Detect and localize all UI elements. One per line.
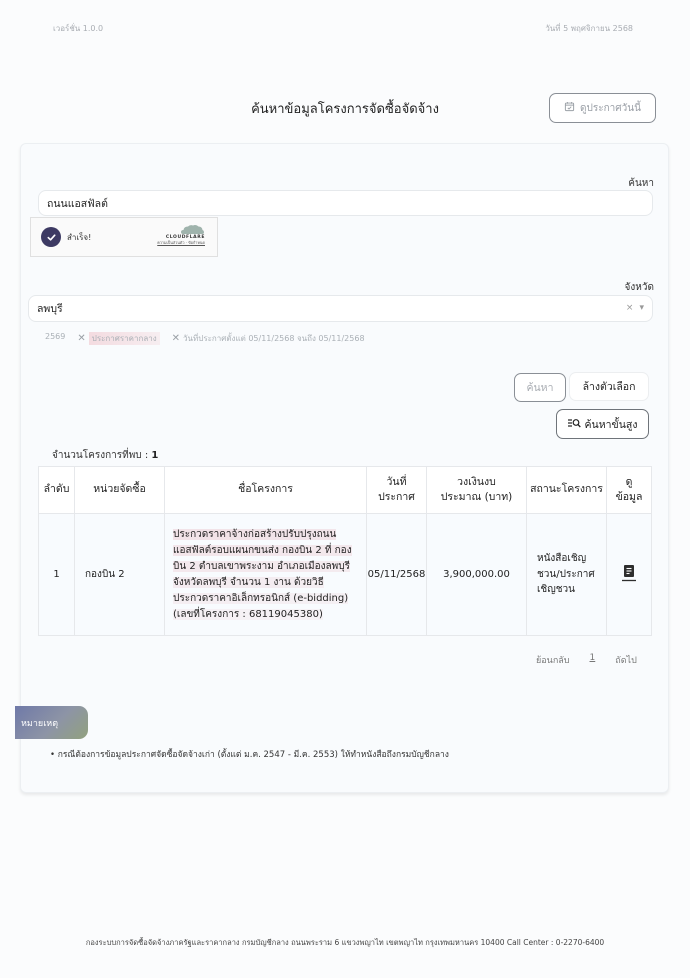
province-label: จังหวัด (625, 280, 654, 295)
row-department: กองบิน 2 (75, 514, 165, 636)
result-count-value: 1 (151, 450, 158, 461)
filter-chip-announcement-type[interactable]: ✕ ประกาศราคากลาง (77, 332, 159, 345)
advanced-search-icon (568, 418, 581, 431)
cloudflare-cloud-icon (179, 224, 205, 235)
prev-page-link[interactable]: ย้อนกลับ (536, 653, 570, 667)
filter-chip-label: วันที่ประกาศตั้งแต่ 05/11/2568 จนถึง 05/… (183, 332, 365, 345)
today-announcements-button[interactable]: ดูประกาศวันนี้ (549, 93, 656, 123)
clear-selection-icon[interactable]: × (626, 303, 634, 313)
clear-options-button[interactable]: ล้างตัวเลือก (569, 372, 649, 401)
active-filters: 2569 ✕ ประกาศราคากลาง ✕ วันที่ประกาศตั้ง… (45, 332, 365, 345)
result-count-label: จำนวนโครงการที่พบ : (52, 450, 148, 461)
filter-chip-label: ประกาศราคากลาง (89, 332, 160, 345)
col-status: สถานะโครงการ (527, 467, 607, 514)
search-input-value: ถนนแอสฟัลต์ (47, 195, 108, 212)
cloudflare-links[interactable]: ความเป็นส่วนตัว · ข้อกำหนด (157, 240, 205, 246)
remove-filter-icon[interactable]: ✕ (77, 333, 85, 344)
col-project-name: ชื่อโครงการ (165, 467, 367, 514)
row-status: หนังสือเชิญชวน/ประกาศเชิญชวน (527, 514, 607, 636)
search-input[interactable]: ถนนแอสฟัลต์ (38, 190, 653, 216)
search-label: ค้นหา (628, 176, 654, 191)
current-date: วันที่ 5 พฤศจิกายน 2568 (545, 22, 633, 35)
remove-filter-icon[interactable]: ✕ (172, 333, 180, 344)
notes-tab: หมายเหตุ (15, 706, 88, 739)
col-view: ดูข้อมูล (607, 467, 652, 514)
row-index: 1 (39, 514, 75, 636)
row-announce-date: 05/11/2568 (367, 514, 427, 636)
cloudflare-captcha-widget[interactable]: สำเร็จ! CLOUDFLARE ความเป็นส่วนตัว · ข้อ… (30, 217, 218, 257)
results-table: ลำดับ หน่วยจัดซื้อ ชื่อโครงการ วันที่ประ… (38, 466, 652, 636)
checkmark-icon (41, 227, 61, 247)
search-button[interactable]: ค้นหา (514, 373, 566, 402)
col-department: หน่วยจัดซื้อ (75, 467, 165, 514)
province-select-value: ลพบุรี (37, 300, 63, 317)
chevron-down-icon[interactable]: ▾ (639, 303, 644, 313)
col-budget: วงเงินงบประมาณ (บาท) (427, 467, 527, 514)
note-item: • กรณีต้องการข้อมูลประกาศจัดซื้อจัดจ้างเ… (50, 747, 449, 761)
advanced-search-label: ค้นหาขั้นสูง (585, 416, 638, 433)
footer-contact: กองระบบการจัดซื้อจัดจ้างภาครัฐและราคากลา… (0, 937, 690, 949)
next-page-link[interactable]: ถัดไป (615, 653, 637, 667)
document-icon[interactable] (622, 564, 636, 585)
result-count: จำนวนโครงการที่พบ : 1 (52, 448, 158, 463)
today-button-label: ดูประกาศวันนี้ (580, 101, 641, 116)
table-header-row: ลำดับ หน่วยจัดซื้อ ชื่อโครงการ วันที่ประ… (39, 467, 652, 514)
col-announce-date: วันที่ประกาศ (367, 467, 427, 514)
calendar-check-icon (564, 101, 575, 115)
province-select[interactable]: ลพบุรี × ▾ (28, 295, 653, 322)
row-project-name[interactable]: ประกวดราคาจ้างก่อสร้างปรับปรุงถนนแอสฟัลต… (165, 514, 367, 636)
pagination: ย้อนกลับ 1 ถัดไป (536, 653, 637, 667)
advanced-search-button[interactable]: ค้นหาขั้นสูง (556, 409, 649, 439)
filter-year: 2569 (45, 332, 65, 345)
row-view (607, 514, 652, 636)
col-index: ลำดับ (39, 467, 75, 514)
row-budget: 3,900,000.00 (427, 514, 527, 636)
current-page-link[interactable]: 1 (590, 653, 596, 667)
captcha-status: สำเร็จ! (67, 231, 91, 244)
version-label: เวอร์ชั่น 1.0.0 (53, 22, 103, 35)
filter-chip-date-range[interactable]: ✕ วันที่ประกาศตั้งแต่ 05/11/2568 จนถึง 0… (172, 332, 365, 345)
table-row: 1 กองบิน 2 ประกวดราคาจ้างก่อสร้างปรับปรุ… (39, 514, 652, 636)
cloudflare-branding: CLOUDFLARE ความเป็นส่วนตัว · ข้อกำหนด (157, 224, 205, 246)
top-bar: เวอร์ชั่น 1.0.0 วันที่ 5 พฤศจิกายน 2568 (0, 22, 690, 36)
